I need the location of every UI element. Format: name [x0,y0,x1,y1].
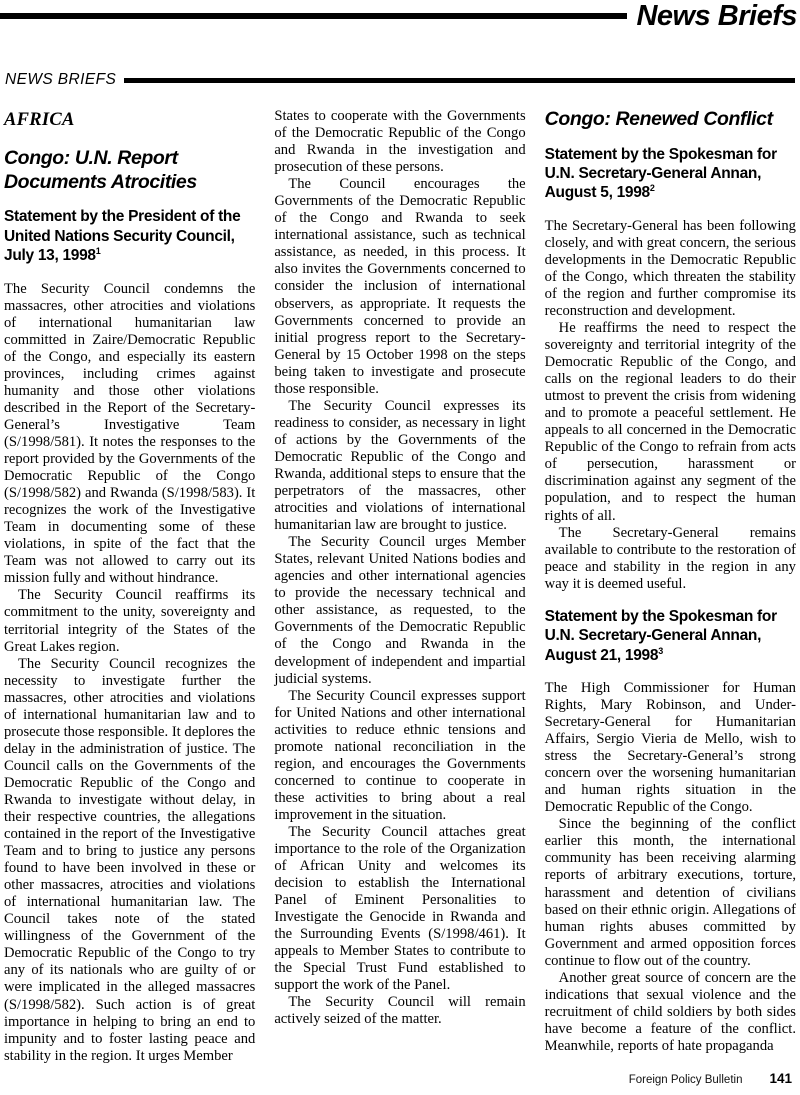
body-paragraph: The Security Council urges Member States… [274,534,525,687]
body-paragraph: The Security Council attaches great impo… [274,824,525,994]
section-label: NEWS BRIEFS [5,72,116,88]
statement-subhead: Statement by the Spokesman for U.N. Secr… [545,607,796,665]
page-number: 141 [769,1071,792,1086]
page-footer: Foreign Policy Bulletin 141 [629,1071,792,1086]
body-paragraph: The Security Council expresses its readi… [274,398,525,534]
footnote-marker: 1 [96,246,101,256]
body-paragraph: The Security Council expresses support f… [274,688,525,824]
magazine-page: News Briefs NEWS BRIEFS AFRICACongo: U.N… [0,0,800,1095]
body-paragraph: The Secretary-General remains available … [545,525,796,593]
body-paragraph: Another great source of concern are the … [545,970,796,1055]
statement-subhead-text: Statement by the Spokesman for U.N. Secr… [545,146,777,202]
statement-subhead: Statement by the Spokesman for U.N. Secr… [545,145,796,203]
body-paragraph: Since the beginning of the conflict earl… [545,816,796,969]
body-paragraph: The Council encourages the Governments o… [274,176,525,398]
footnote-marker: 2 [650,183,655,193]
text-column-3: Congo: Renewed ConflictStatement by the … [545,108,796,1065]
text-column-2: States to cooperate with the Governments… [274,108,525,1065]
body-paragraph: The High Commissioner for Human Rights, … [545,680,796,816]
body-paragraph: The Secretary-General has been following… [545,218,796,320]
page-title: News Briefs [636,2,797,31]
body-paragraph: The Security Council recognizes the nece… [4,656,255,1065]
section-header: NEWS BRIEFS [5,71,795,89]
article-columns: AFRICACongo: U.N. Report Documents Atroc… [4,108,796,1065]
statement-subhead: Statement by the President of the United… [4,207,255,265]
article-headline: Congo: U.N. Report Documents Atrocities [4,147,255,194]
body-paragraph: States to cooperate with the Governments… [274,108,525,176]
text-column-1: AFRICACongo: U.N. Report Documents Atroc… [4,108,255,1065]
footnote-marker: 3 [658,645,663,655]
body-paragraph: The Security Council reaffirms its commi… [4,587,255,655]
body-paragraph: He reaffirms the need to respect the sov… [545,320,796,525]
statement-subhead-text: Statement by the President of the United… [4,208,240,264]
body-paragraph: The Security Council condemns the massac… [4,281,255,588]
journal-name: Foreign Policy Bulletin [629,1074,743,1086]
body-paragraph: The Security Council will remain activel… [274,994,525,1028]
masthead-rule [0,13,627,19]
masthead: News Briefs [0,0,797,32]
section-rule [124,78,795,83]
section-kicker: AFRICA [4,110,255,130]
article-headline: Congo: Renewed Conflict [545,108,796,132]
